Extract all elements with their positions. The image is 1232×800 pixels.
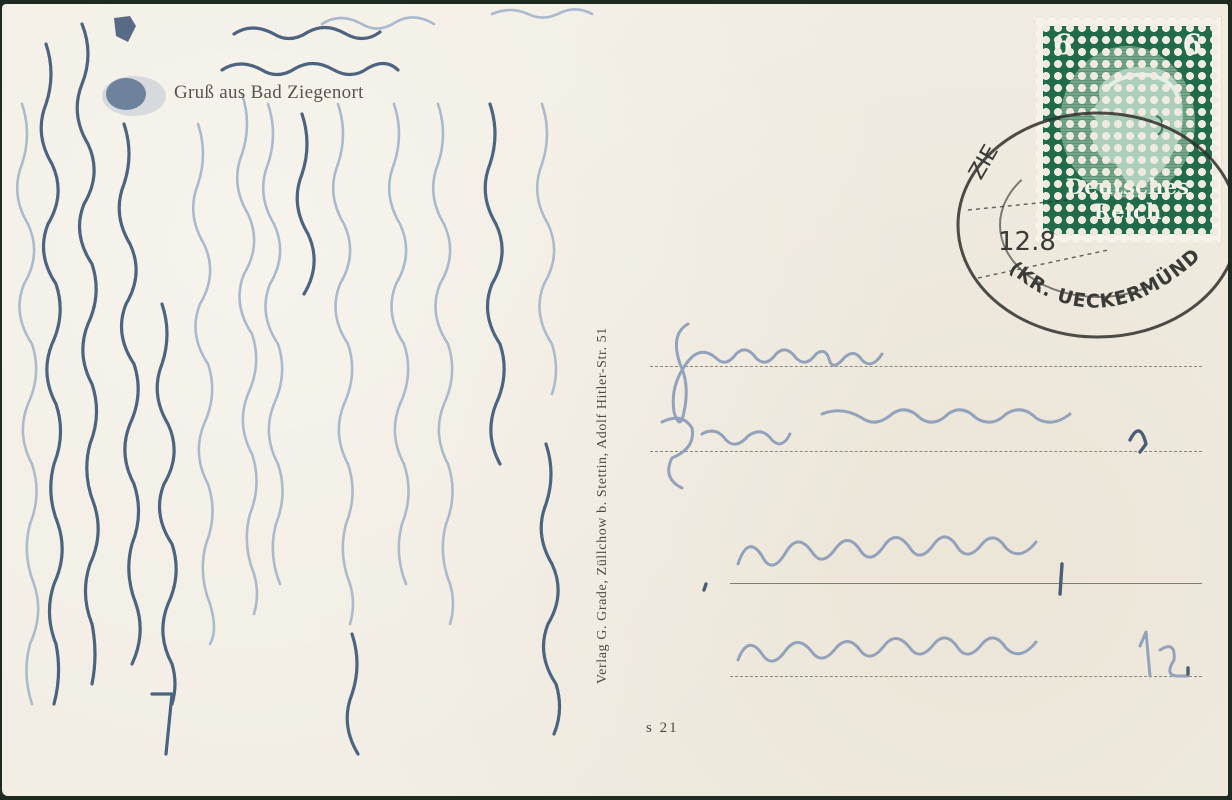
card-number: s 21 — [646, 720, 679, 737]
stamp-value-left: 6 — [1053, 28, 1072, 61]
postcard: Gruß aus Bad Ziegenort Verlag G. Grade, … — [2, 4, 1228, 796]
stamp-country: Deutsches Reich — [1043, 174, 1212, 224]
publisher-imprint: Verlag G. Grade, Züllchow b. Stettin, Ad… — [595, 327, 611, 684]
stamp-value-right: 6 — [1183, 28, 1202, 61]
address-line-4 — [730, 676, 1202, 677]
stamp-face: 6 6 Deutsches Reich — [1043, 26, 1212, 234]
address-line-3 — [730, 583, 1202, 584]
postmark-town: ZIE — [964, 141, 1003, 184]
postage-stamp: 6 6 Deutsches Reich — [1034, 16, 1222, 244]
address-line-1 — [650, 366, 1202, 367]
address-name-line: Ernst Marquardt — [662, 414, 671, 415]
address-recipient-line: Familie — [670, 334, 674, 335]
address-street-line: Mauerstr. 12. — [738, 640, 745, 641]
address-line-2 — [650, 451, 1202, 452]
address-town-line: Wilhelmshagen — [738, 544, 746, 545]
printed-greeting: Gruß aus Bad Ziegenort — [174, 82, 364, 104]
